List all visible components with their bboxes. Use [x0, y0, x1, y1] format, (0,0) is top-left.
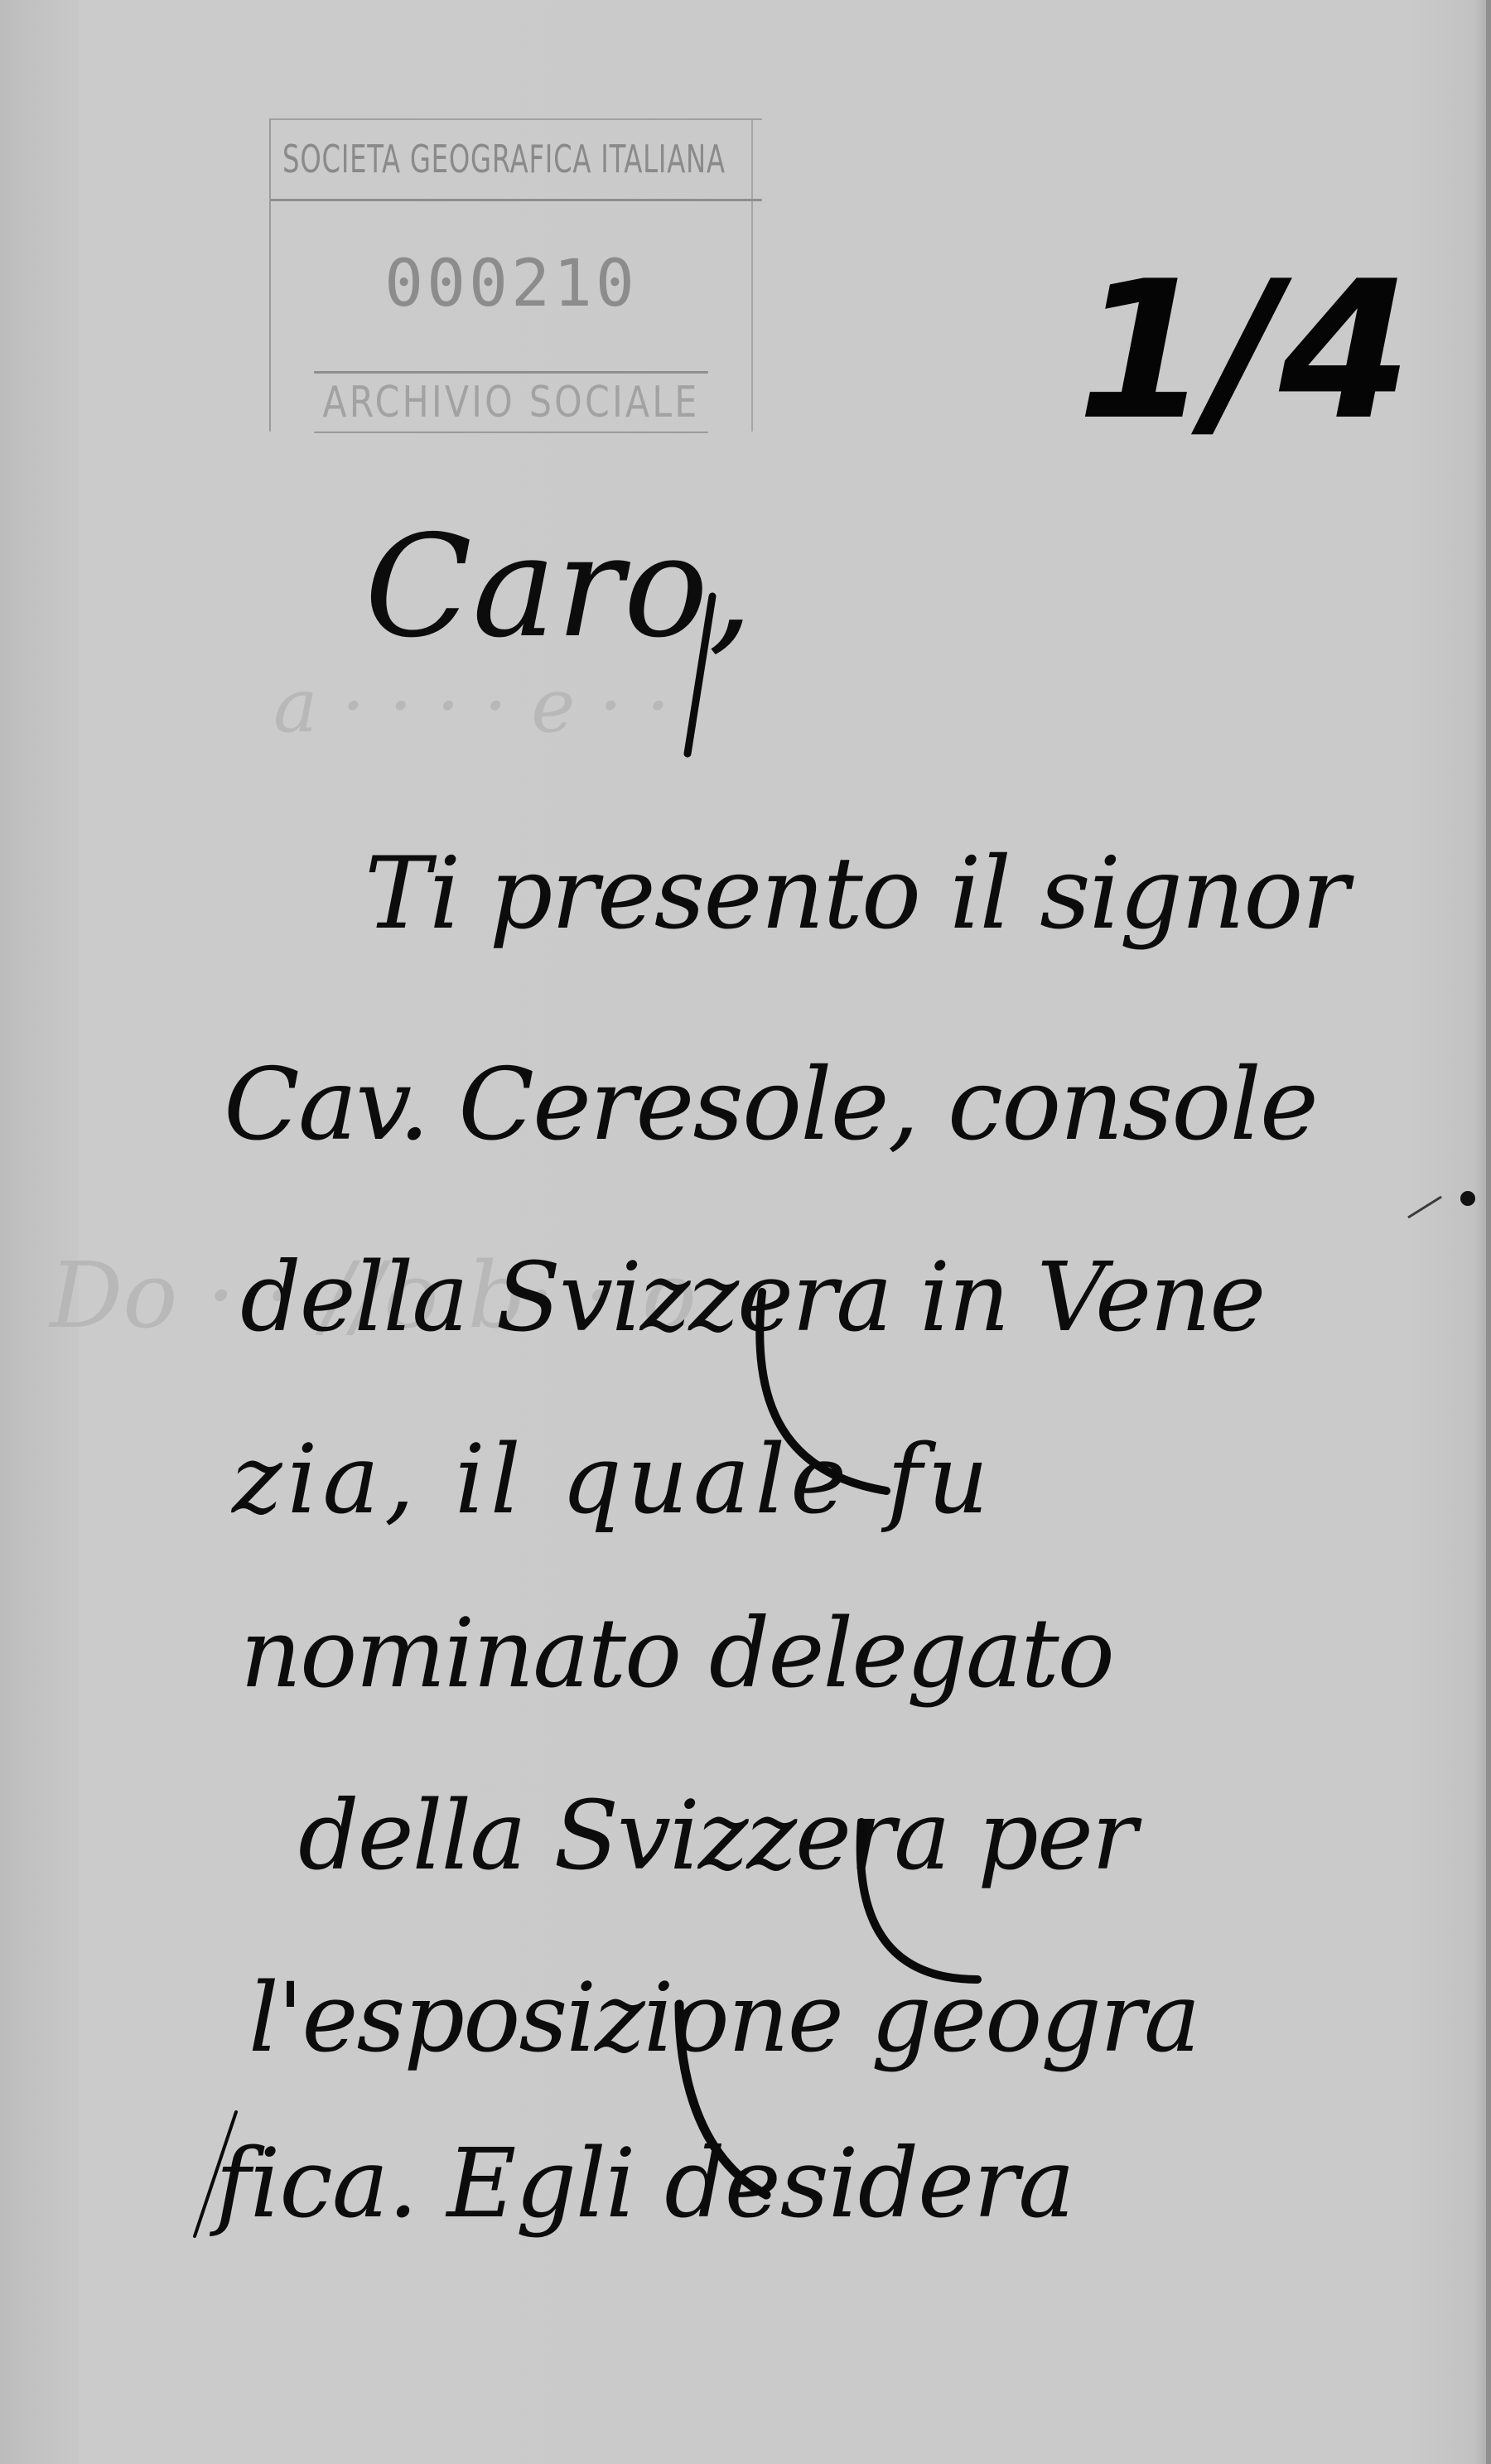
- pen-flourishes: [0, 0, 1491, 2464]
- letter-page: a · · · · e · · Do · · //o b· · o SOCIET…: [0, 0, 1491, 2464]
